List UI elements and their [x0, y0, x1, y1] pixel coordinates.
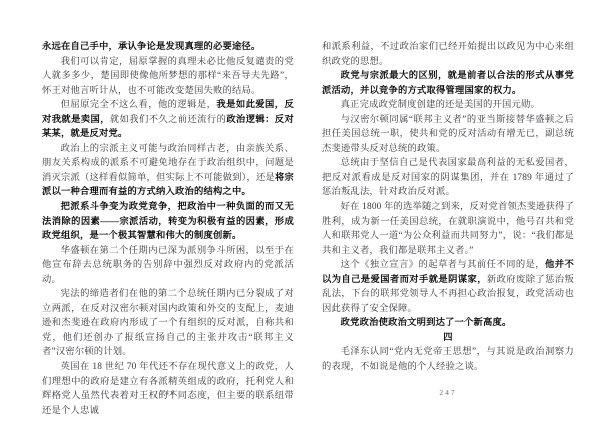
text-run: 政治上的宗派主义可能与政治同样古老，由亲族关系、朋友关系构成的派系不可避免地存在…	[42, 144, 294, 183]
paragraph: 这个《独立宣言》的起草者与其前任不同的是，他并不以为自己是爱国者而对手就是阴谋家…	[322, 258, 574, 316]
right-page-number: 247	[322, 388, 574, 397]
left-page-text-column: 永远在自己手中，承认争论是发现真理的必要途径。我们可以肯定，屈原掌握的真理未必比…	[42, 40, 294, 418]
bold-text-run: 政党与宗派最大的区别，就是前者以合法的形式从事党派活动，并以竞争的方式取得管理国…	[322, 71, 574, 96]
text-run: 好在 1800 年的选举随之到来，反对党首领杰斐逊获得了胜利，成为新一任美国总统…	[322, 202, 574, 256]
text-run: 华盛顿在第二个任期内已深为派别争斗所困，以至于在他宣布辞去总统职务的告别辞中强烈…	[42, 246, 294, 285]
paragraph: 把派系斗争变为政党竞争，把政治中一种负面的而又无法消除的因素——宗派活动，转变为…	[42, 200, 294, 244]
right-page-text-column: 和派系利益，不过政治家们已经开始提出以政见为中心来组织政党的思想。政党与宗派最大…	[322, 40, 574, 375]
text-run: 宪法的缔造者们在他的第二个总统任期内已分裂成了对立两派，在反对汉密尔顿对国内政策…	[42, 289, 294, 357]
paragraph: 政党与宗派最大的区别，就是前者以合法的形式从事党派活动，并以竞争的方式取得管理国…	[322, 69, 574, 98]
left-page-number: 246	[42, 388, 294, 397]
text-run: 这个《独立宣言》的起草者与其前任不同的是，	[341, 260, 545, 270]
bold-text-run: 政党政治使政治文明到达了一个新高度。	[341, 318, 512, 328]
text-run: 与汉密尔顿同属“联邦主义者”的亚当斯接替华盛顿之后担任美国总统一职，使共和党的反…	[322, 115, 574, 154]
text-run: 真正完成政党制度创建的还是美国的开国元勋。	[341, 100, 540, 110]
text-run: 就如我们不久之前还流行的	[110, 115, 226, 125]
paragraph: 总统由于坚信自己是代表国家最高利益的无私爱国者，把反对派看成是反对国家的阴谋集团…	[322, 156, 574, 200]
right-page: 和派系利益，不过政治家们已经开始提出以政见为中心来组织政党的思想。政党与宗派最大…	[322, 0, 574, 421]
bold-text-run: 永远在自己手中，承认争论是发现真理的必要途径。	[42, 42, 260, 52]
text-run: 我们可以肯定，屈原掌握的真理未必比他反复谴责的党人就多多少，楚国即使像他所梦想的…	[42, 57, 294, 96]
paragraph: 与汉密尔顿同属“联邦主义者”的亚当斯接替华盛顿之后担任美国总统一职，使共和党的反…	[322, 113, 574, 157]
paragraph: 我们可以肯定，屈原掌握的真理未必比他反复谴责的党人就多多少，楚国即使像他所梦想的…	[42, 55, 294, 99]
paragraph: 政治上的宗派主义可能与政治同样古老，由亲族关系、朋友关系构成的派系不可避免地存在…	[42, 142, 294, 200]
text-run: 和派系利益，不过政治家们已经开始提出以政见为中心来组织政党的思想。	[322, 42, 574, 67]
bold-text-run: 把派系斗争变为政党竞争，把政治中一种负面的而又无法消除的因素——宗派活动，转变为…	[42, 202, 294, 241]
paragraph: 好在 1800 年的选举随之到来，反对党首领杰斐逊获得了胜利，成为新一任美国总统…	[322, 200, 574, 258]
paragraph: 宪法的缔造者们在他的第二个总统任期内已分裂成了对立两派，在反对汉密尔顿对国内政策…	[42, 287, 294, 360]
text-run: 但屈原完全不这么看，他的逻辑是，	[61, 100, 217, 110]
text-run: 总统由于坚信自己是代表国家最高利益的无私爱国者，把反对派看成是反对国家的阴谋集团…	[322, 158, 574, 197]
paragraph: 但屈原完全不这么看，他的逻辑是，我是如此爱国，反对我就是卖国，就如我们不久之前还…	[42, 98, 294, 142]
text-run: 毛泽东认同“党内无党帝王思想”，与其说是政治洞察力的表现，不如说是他的个人经验之…	[322, 347, 574, 372]
paragraph: 毛泽东认同“党内无党帝王思想”，与其说是政治洞察力的表现，不如说是他的个人经验之…	[322, 345, 574, 374]
paragraph: 政党政治使政治文明到达了一个新高度。	[322, 316, 574, 331]
left-page: 永远在自己手中，承认争论是发现真理的必要途径。我们可以肯定，屈原掌握的真理未必比…	[42, 0, 294, 421]
bold-text-run: 四	[443, 333, 453, 343]
paragraph: 和派系利益，不过政治家们已经开始提出以政见为中心来组织政党的思想。	[322, 40, 574, 69]
paragraph: 四	[322, 331, 574, 346]
paragraph: 华盛顿在第二个任期内已深为派别争斗所困，以至于在他宣布辞去总统职务的告别辞中强烈…	[42, 244, 294, 288]
paragraph: 真正完成政党制度创建的还是美国的开国元勋。	[322, 98, 574, 113]
book-spread: 永远在自己手中，承认争论是发现真理的必要途径。我们可以肯定，屈原掌握的真理未必比…	[0, 0, 600, 421]
paragraph: 永远在自己手中，承认争论是发现真理的必要途径。	[42, 40, 294, 55]
